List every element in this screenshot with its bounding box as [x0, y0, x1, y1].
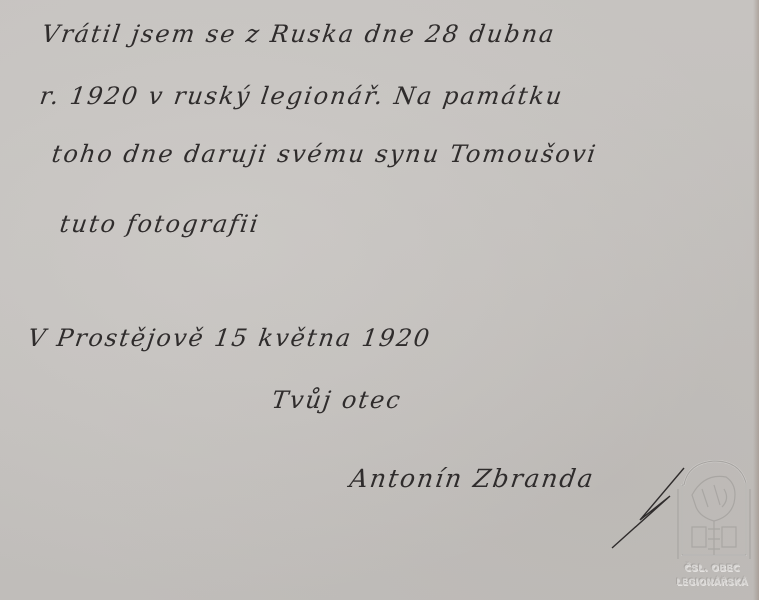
text-line-2: r. 1920 v ruský legionář. Na památku — [38, 82, 565, 110]
place-date-line: V Prostějově 15 května 1920 — [26, 324, 433, 352]
stamp-text-line2: LEGIONÁŘSKÁ — [666, 578, 758, 588]
closing-line: Tvůj otec — [270, 386, 404, 414]
text-line-4: tuto fotografii — [58, 210, 262, 238]
document-page: Vrátil jsem se z Ruska dne 28 dubna r. 1… — [0, 0, 759, 600]
text-line-1: Vrátil jsem se z Ruska dne 28 dubna — [40, 20, 558, 48]
text-line-3: toho dne daruji svému synu Tomoušovi — [50, 140, 599, 168]
stamp-text-line1: ČSL. OBEC — [666, 564, 758, 574]
signature: Antonín Zbranda — [348, 464, 597, 493]
legion-emboss-stamp-icon — [674, 455, 754, 595]
